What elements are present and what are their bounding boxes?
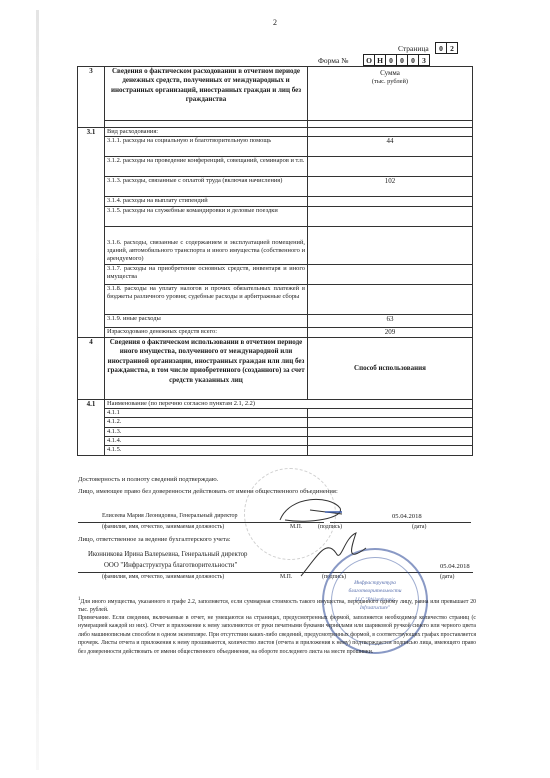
caption-mp: М.П. (280, 574, 292, 580)
table-row: 4.1.2. (78, 418, 473, 427)
authorized-name: Елисеева Мария Леонидовна, Генеральный д… (102, 513, 237, 519)
page-number: 2 (0, 18, 550, 27)
row-text: 3.1.1. расходы на социальную и благотвор… (105, 137, 308, 157)
row-value (308, 284, 473, 314)
section-title: Сведения о фактическом использовании в о… (105, 337, 308, 399)
stamp-text: Инфраструктура (324, 580, 426, 586)
row-value (308, 418, 473, 427)
total-label: Израсходовано денежных средств всего: (105, 327, 308, 337)
table-row: 3.1.4. расходы на выплату стипендий (78, 197, 473, 206)
form-label: Форма № (318, 56, 348, 65)
row-text: 3.1.4. расходы на выплату стипендий (105, 197, 308, 206)
accountant-org: ООО "Инфраструктура благотворительности" (104, 562, 237, 569)
signature-icon (270, 490, 350, 530)
confirm-text: Достоверность и полноту сведений подтвер… (78, 476, 218, 483)
table-row: 4.1.3. (78, 427, 473, 436)
row-text: 3.1.8. расходы на уплату налогов и прочи… (105, 284, 308, 314)
section-number: 4 (78, 337, 105, 399)
row-text: 3.1.7. расходы на приобретение основных … (105, 264, 308, 284)
table-row: 3.1.5. расходы на служебные командировки… (78, 206, 473, 226)
row-value (308, 409, 473, 418)
usage-header: Способ использования (308, 337, 473, 399)
page-label: Страница (398, 44, 429, 53)
table-row: 4.1.1 (78, 409, 473, 418)
caption-date: (дата) (412, 524, 426, 530)
row-text: 3.1.9. иные расходы (105, 314, 308, 327)
row-text: 4.1.4. (105, 437, 308, 446)
sum-label: Сумма (310, 69, 470, 78)
row-text: 3.1.6. расходы, связанные с содержанием … (105, 226, 308, 264)
report-table: 3 Сведения о фактическом расходовании в … (77, 66, 473, 456)
row-value (308, 264, 473, 284)
row-label: Наименование (по перечню согласно пункта… (105, 399, 473, 408)
scan-edge (36, 10, 39, 770)
row-text: 4.1.3. (105, 427, 308, 436)
row-text: 4.1.1 (105, 409, 308, 418)
section-title: Сведения о фактическом расходовании в от… (105, 67, 308, 121)
signature-icon (296, 528, 376, 578)
accountant-label: Лицо, ответственное за ведение бухгалтер… (78, 536, 231, 543)
form-cell: 3 (418, 54, 430, 66)
sum-unit: (тыс. рублей) (310, 78, 470, 86)
section4-header: 4 Сведения о фактическом использовании в… (78, 337, 473, 399)
footnote: 1Для иного имущества, указанного в графе… (78, 596, 476, 615)
row-value: 44 (308, 137, 473, 157)
form-cells: О Н 0 0 0 3 (364, 54, 430, 66)
caption-name: (фамилия, имя, отчество, занимаемая долж… (102, 524, 224, 530)
caption-date: (дата) (440, 574, 454, 580)
page-cell: 2 (446, 42, 458, 54)
row-value (308, 157, 473, 177)
footnote-text: Для иного имущества, указанного в графе … (78, 599, 476, 613)
accountant-date: 05.04.2018 (440, 563, 470, 570)
row-text: 4.1.2. (105, 418, 308, 427)
row-value (308, 437, 473, 446)
sum-header: Сумма (тыс. рублей) (308, 67, 473, 121)
section31-label: 3.1 Вид расходования: (78, 128, 473, 137)
stamp-text: благотворительности (324, 588, 426, 594)
table-row: 4.1.4. (78, 437, 473, 446)
section-number: 4.1 (78, 399, 105, 455)
row-value: 102 (308, 177, 473, 197)
table-row: 3.1.3. расходы, связанные с оплатой труд… (78, 177, 473, 197)
total-value: 209 (308, 327, 473, 337)
total-row: Израсходовано денежных средств всего:209 (78, 327, 473, 337)
row-value (308, 226, 473, 264)
row-text: 3.1.5. расходы на служебные командировки… (105, 206, 308, 226)
row-value: 63 (308, 314, 473, 327)
table-row: 3.1.8. расходы на уплату налогов и прочи… (78, 284, 473, 314)
table-row: 3.1.6. расходы, связанные с содержанием … (78, 226, 473, 264)
row-value (308, 206, 473, 226)
note-text: Примечание. Если сведения, включаемые в … (78, 614, 476, 656)
row-value (308, 446, 473, 455)
row-label: Вид расходования: (105, 128, 308, 137)
section-number: 3 (78, 67, 105, 128)
row-text: 3.1.3. расходы, связанные с оплатой труд… (105, 177, 308, 197)
table-row: 3.1.9. иные расходы63 (78, 314, 473, 327)
table-row: 3.1.1. расходы на социальную и благотвор… (78, 137, 473, 157)
table-row: 3.1.7. расходы на приобретение основных … (78, 264, 473, 284)
section-number: 3.1 (78, 128, 105, 338)
row-text: 3.1.2. расходы на проведение конференций… (105, 157, 308, 177)
row-value (308, 427, 473, 436)
authorized-date: 05.04.2018 (392, 513, 422, 520)
date-line (375, 522, 471, 523)
section3-header: 3 Сведения о фактическом расходовании в … (78, 67, 473, 121)
table-row: 4.1.5. (78, 446, 473, 455)
section41-label: 4.1 Наименование (по перечню согласно пу… (78, 399, 473, 408)
row-text: 4.1.5. (105, 446, 308, 455)
table-row: 3.1.2. расходы на проведение конференций… (78, 157, 473, 177)
caption-name: (фамилия, имя, отчество, занимаемая долж… (102, 574, 224, 580)
accountant-name: Иконникова Ирина Валерьевна, Генеральный… (88, 551, 247, 558)
row-value (308, 197, 473, 206)
page-cells: 0 2 (436, 42, 458, 54)
